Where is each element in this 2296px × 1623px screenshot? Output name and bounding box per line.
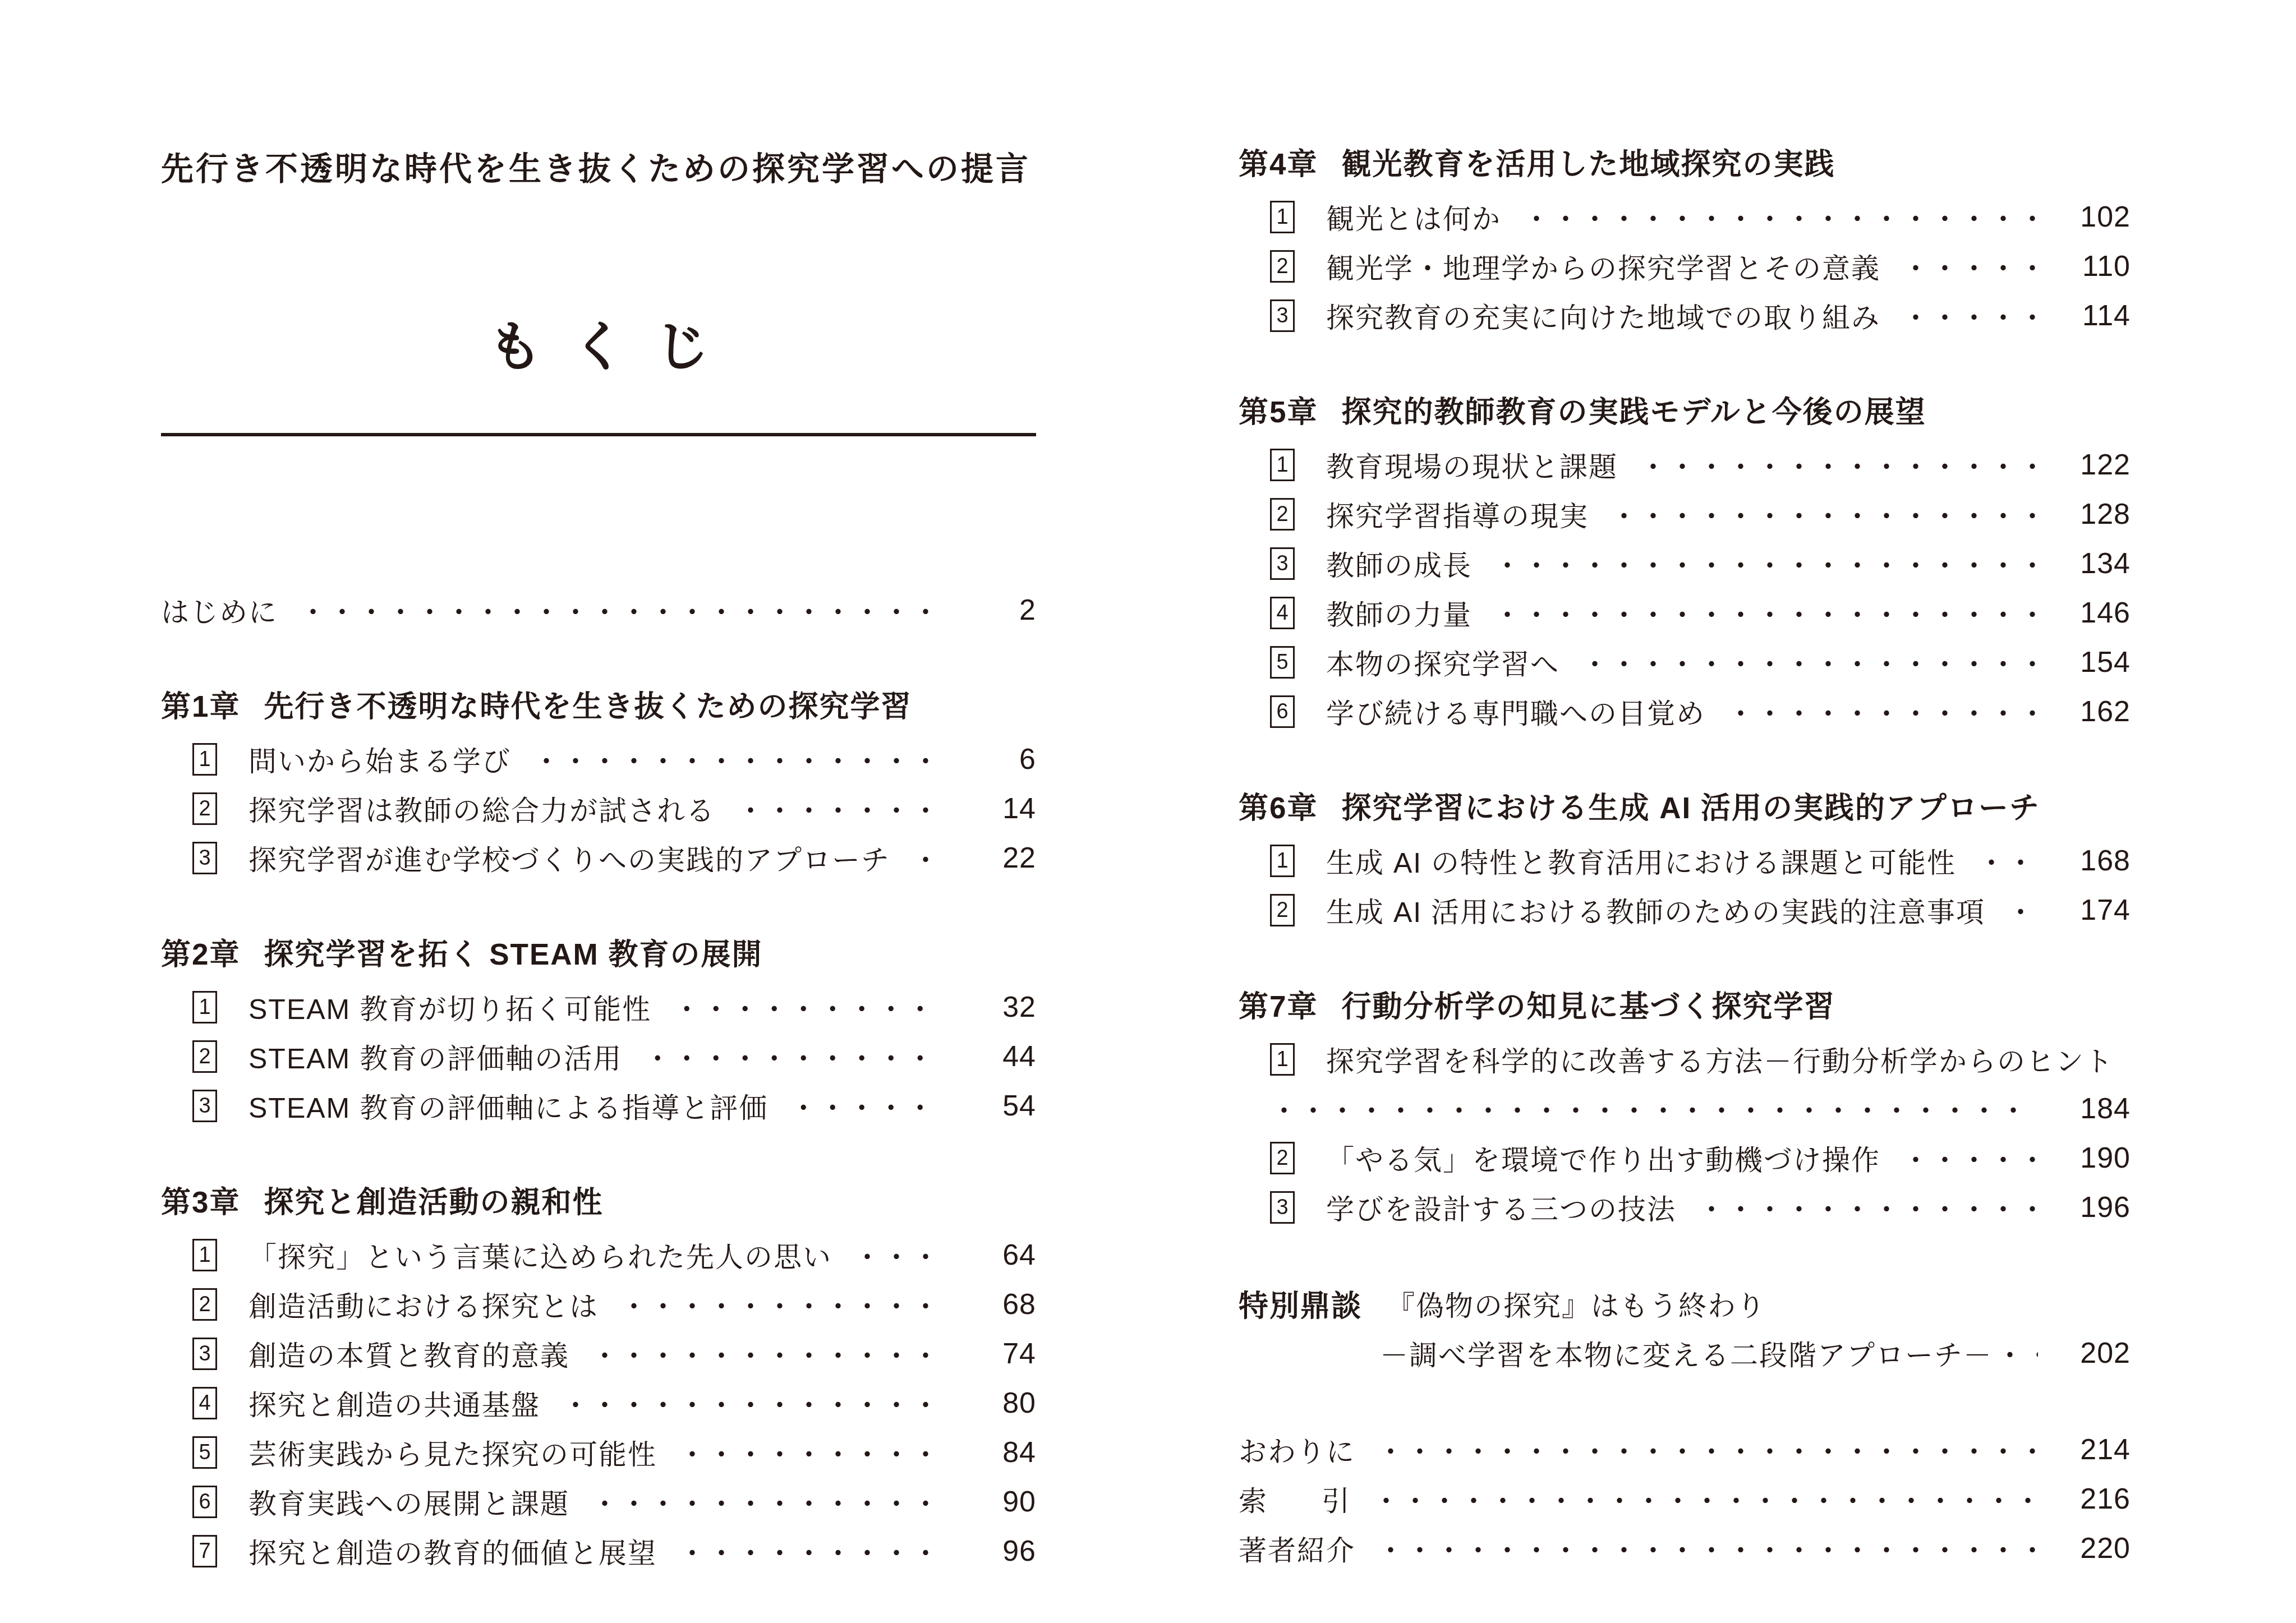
item-number-box: 4: [192, 1387, 217, 1419]
item-title: 教育実践への展開と課題: [249, 1482, 569, 1522]
toc-item: 1 STEAM 教育が切り拓く可能性 ・・・・・・・・・・・・・・・・・・・・・…: [161, 983, 1036, 1032]
dot-leader: ・・・・・・・・・・・・・・・・・・・・・・・・・・・・・・・・・・・・・・・・: [299, 590, 944, 630]
dot-leader: ・・・・・・・・・・・・・・・・・・・・・・・・・・・・・・・・・・・・・・・・: [562, 1383, 944, 1423]
item-title: 探究学習は教師の総合力が試される: [249, 789, 715, 829]
item-title: 教師の成長: [1326, 543, 1472, 584]
toc-item: 7 探究と創造の教育的価値と展望 ・・・・・・・・・・・・・・・・・・・・・・・…: [161, 1527, 1036, 1576]
item-title: 創造活動における探究とは: [249, 1284, 599, 1325]
item-number-box: 1: [192, 1239, 217, 1271]
item-title: 学び続ける専門職への目覚め: [1326, 691, 1705, 732]
page-number: 54: [960, 1089, 1036, 1123]
dot-leader: ・・・・・・・・・・・・・・・・・・・・・・・・・・・・・・・・・・・・・・・・: [673, 987, 944, 1027]
page-number: 190: [2055, 1141, 2131, 1175]
chapter-5-heading: 第5章 探究的教師教育の実践モデルと今後の展望: [1239, 385, 2131, 435]
item-number-box: 2: [1270, 1142, 1295, 1174]
chapter-number: 第3章: [161, 1179, 240, 1221]
page-number: 128: [2055, 497, 2131, 531]
chapter-number: 第1章: [161, 683, 240, 726]
toc-item: 2 探究学習指導の現実 ・・・・・・・・・・・・・・・・・・・・・・・・・・・・…: [1239, 490, 2131, 539]
divider-rule: [161, 433, 1036, 436]
toc-page: 先行き不透明な時代を生き抜くための探究学習への提言 もくじ はじめに ・・・・・…: [0, 0, 2296, 1623]
item-title: 探究と創造の教育的価値と展望: [249, 1531, 657, 1571]
dot-leader: ・・・・・・・・・・・・・・・・・・・・・・・・・・・・・・・・・・・・・・・・: [912, 838, 944, 878]
chapter-number: 第5章: [1239, 389, 1318, 431]
toc-item: 2 生成 AI 活用における教師のための実践的注意事項 ・・・・・・・・・・・・…: [1239, 886, 2131, 935]
item-number-box: 5: [192, 1436, 217, 1469]
item-number-box: 2: [192, 1040, 217, 1073]
toc-item: 3 探究学習が進む学校づくりへの実践的アプローチ ・・・・・・・・・・・・・・・…: [161, 833, 1036, 883]
item-title: 学びを設計する三つの技法: [1326, 1187, 1676, 1228]
chapter-title: 探究と創造活動の親和性: [264, 1179, 603, 1221]
toc-item: 6 学び続ける専門職への目覚め ・・・・・・・・・・・・・・・・・・・・・・・・…: [1239, 687, 2131, 736]
page-number: 122: [2055, 448, 2131, 482]
dot-leader: ・・・・・・・・・・・・・・・・・・・・・・・・・・・・・・・・・・・・・・・・: [1902, 246, 2038, 287]
dot-leader: ・・・・・・・・・・・・・・・・・・・・・・・・・・・・・・・・・・・・・・・・: [591, 1334, 944, 1374]
item-title: 教育現場の現状と課題: [1326, 445, 1618, 485]
dot-leader: ・・・・・・・・・・・・・・・・・・・・・・・・・・・・・・・・・・・・・・・・: [532, 739, 944, 780]
toc-item: 5 本物の探究学習へ ・・・・・・・・・・・・・・・・・・・・・・・・・・・・・…: [1239, 638, 2131, 687]
dot-leader: ・・・・・・・・・・・・・・・・・・・・・・・・・・・・・・・・・・・・・・・・: [620, 1284, 944, 1325]
dot-leader: ・・・・・・・・・・・・・・・・・・・・・・・・・・・・・・・・・・・・・・・・: [678, 1531, 944, 1571]
page-number: 68: [960, 1288, 1036, 1321]
item-number-box: 3: [192, 1338, 217, 1370]
toc-item: 3 創造の本質と教育的意義 ・・・・・・・・・・・・・・・・・・・・・・・・・・…: [161, 1329, 1036, 1378]
left-column: 先行き不透明な時代を生き抜くための探究学習への提言 もくじ はじめに ・・・・・…: [161, 140, 1036, 1576]
page-number: 196: [2055, 1191, 2131, 1224]
item-number-box: 7: [192, 1535, 217, 1567]
dot-leader: ・・・・・・・・・・・・・・・・・・・・・・・・・・・・・・・・・・・・・・・・: [737, 789, 944, 829]
item-number-box: 1: [1270, 201, 1295, 233]
special-feature-title: 『偽物の探究』はもう終わり: [1387, 1284, 1766, 1324]
dot-leader: ・・・・・・・・・・・・・・・・・・・・・・・・・・・・・・・・・・・・・・・・: [2007, 890, 2038, 930]
page-number: 114: [2055, 299, 2131, 333]
page-number: 168: [2055, 844, 2131, 878]
toc-item: 3 学びを設計する三つの技法 ・・・・・・・・・・・・・・・・・・・・・・・・・…: [1239, 1183, 2131, 1232]
page-number: 184: [2055, 1092, 2131, 1126]
dot-leader: ・・・・・・・・・・・・・・・・・・・・・・・・・・・・・・・・・・・・・・・・: [1270, 1089, 2038, 1129]
page-number: 74: [960, 1337, 1036, 1371]
front-matter-label: はじめに: [161, 590, 278, 630]
page-number: 22: [960, 841, 1036, 875]
item-number-box: 2: [1270, 250, 1295, 283]
page-number: 134: [2055, 547, 2131, 580]
dot-leader: ・・・・・・・・・・・・・・・・・・・・・・・・・・・・・・・・・・・・・・・・: [643, 1036, 944, 1077]
item-number-box: 4: [1270, 597, 1295, 629]
item-title: STEAM 教育の評価軸による指導と評価: [249, 1086, 768, 1126]
page-number: 214: [2055, 1433, 2131, 1467]
dot-leader: ・・・・・・・・・・・・・・・・・・・・・・・・・・・・・・・・・・・・・・・・: [1522, 197, 2038, 237]
back-matter-row: おわりに ・・・・・・・・・・・・・・・・・・・・・・・・・・・・・・・・・・・…: [1239, 1425, 2131, 1474]
page-number: 90: [960, 1485, 1036, 1519]
special-feature-subtitle: －調べ学習を本物に変える二段階アプローチ－: [1380, 1333, 1993, 1373]
dot-leader: ・・・・・・・・・・・・・・・・・・・・・・・・・・・・・・・・・・・・・・・・: [1902, 296, 2038, 336]
toc-item: 2 創造活動における探究とは ・・・・・・・・・・・・・・・・・・・・・・・・・…: [161, 1280, 1036, 1329]
back-matter-label: おわりに: [1239, 1430, 1355, 1470]
chapter-1-heading: 第1章 先行き不透明な時代を生き抜くための探究学習: [161, 680, 1036, 729]
page-number: 174: [2055, 893, 2131, 927]
dot-leader: ・・・・・・・・・・・・・・・・・・・・・・・・・・・・・・・・・・・・・・・・: [1372, 1479, 2038, 1519]
item-title: 生成 AI の特性と教育活用における課題と可能性: [1326, 841, 1956, 881]
right-column: 第4章 観光教育を活用した地域探究の実践 1 観光とは何か ・・・・・・・・・・…: [1239, 137, 2131, 1573]
chapter-title: 先行き不透明な時代を生き抜くための探究学習: [264, 683, 912, 726]
item-title: 探究学習指導の現実: [1326, 494, 1589, 534]
dot-leader: ・・・・・・・・・・・・・・・・・・・・・・・・・・・・・・・・・・・・・・・・: [1977, 841, 2038, 881]
dot-leader: ・・・・・・・・・・・・・・・・・・・・・・・・・・・・・・・・・・・・・・・・: [591, 1482, 944, 1522]
item-title: 探究学習を科学的に改善する方法－行動分析学からのヒント: [1326, 1039, 2114, 1080]
item-number-box: 3: [192, 1090, 217, 1122]
special-feature-subtitle-row: －調べ学習を本物に変える二段階アプローチ－ ・・・・・・・・・・・・・・・・・・…: [1239, 1329, 2131, 1378]
toc-item: 5 芸術実践から見た探究の可能性 ・・・・・・・・・・・・・・・・・・・・・・・…: [161, 1428, 1036, 1477]
page-number: 216: [2055, 1482, 2131, 1516]
item-number-box: 6: [1270, 695, 1295, 728]
item-number-box: 2: [192, 792, 217, 825]
item-number-box: 3: [1270, 1191, 1295, 1224]
page-number: 146: [2055, 596, 2131, 630]
front-matter-row: はじめに ・・・・・・・・・・・・・・・・・・・・・・・・・・・・・・・・・・・…: [161, 585, 1036, 635]
dot-leader: ・・・・・・・・・・・・・・・・・・・・・・・・・・・・・・・・・・・・・・・・: [1377, 1430, 2038, 1470]
chapter-number: 第7章: [1239, 983, 1318, 1026]
page-number: 32: [960, 990, 1036, 1024]
chapter-3-heading: 第3章 探究と創造活動の親和性: [161, 1175, 1036, 1225]
toc-item: 4 教師の力量 ・・・・・・・・・・・・・・・・・・・・・・・・・・・・・・・・…: [1239, 588, 2131, 638]
chapter-title: 探究学習を拓く STEAM 教育の展開: [264, 931, 762, 974]
item-number-box: 1: [1270, 449, 1295, 481]
dot-leader: ・・・・・・・・・・・・・・・・・・・・・・・・・・・・・・・・・・・・・・・・: [678, 1432, 944, 1473]
item-title: 教師の力量: [1326, 593, 1472, 633]
toc-item: 1 観光とは何か ・・・・・・・・・・・・・・・・・・・・・・・・・・・・・・・…: [1239, 192, 2131, 242]
back-matter-row: 索 引 ・・・・・・・・・・・・・・・・・・・・・・・・・・・・・・・・・・・・…: [1239, 1474, 2131, 1524]
dot-leader: ・・・・・・・・・・・・・・・・・・・・・・・・・・・・・・・・・・・・・・・・: [1377, 1528, 2038, 1569]
page-number: 202: [2055, 1336, 2131, 1370]
chapter-2-heading: 第2章 探究学習を拓く STEAM 教育の展開: [161, 928, 1036, 977]
page-number: 84: [960, 1436, 1036, 1469]
chapter-title: 探究的教師教育の実践モデルと今後の展望: [1341, 389, 1926, 431]
item-number-box: 1: [1270, 1043, 1295, 1076]
item-number-box: 6: [192, 1486, 217, 1518]
toc-item: 2 STEAM 教育の評価軸の活用 ・・・・・・・・・・・・・・・・・・・・・・…: [161, 1032, 1036, 1081]
toc-item: 3 教師の成長 ・・・・・・・・・・・・・・・・・・・・・・・・・・・・・・・・…: [1239, 539, 2131, 588]
chapter-4-heading: 第4章 観光教育を活用した地域探究の実践: [1239, 137, 2131, 187]
toc-item: 1 生成 AI の特性と教育活用における課題と可能性 ・・・・・・・・・・・・・…: [1239, 836, 2131, 886]
dot-leader: ・・・・・・・・・・・・・・・・・・・・・・・・・・・・・・・・・・・・・・・・: [1902, 1138, 2038, 1178]
item-number-box: 1: [1270, 845, 1295, 877]
toc-item-continuation: ・・・・・・・・・・・・・・・・・・・・・・・・・・・・・・・・・・・・・・・・…: [1239, 1084, 2131, 1133]
dot-leader: ・・・・・・・・・・・・・・・・・・・・・・・・・・・・・・・・・・・・・・・・: [1610, 494, 2038, 534]
item-title: 「やる気」を環境で作り出す動機づけ操作: [1326, 1138, 1880, 1178]
toc-item: 1 問いから始まる学び ・・・・・・・・・・・・・・・・・・・・・・・・・・・・…: [161, 735, 1036, 784]
toc-item: 2 探究学習は教師の総合力が試される ・・・・・・・・・・・・・・・・・・・・・…: [161, 784, 1036, 833]
item-title: STEAM 教育が切り拓く可能性: [249, 987, 651, 1027]
dot-leader: ・・・・・・・・・・・・・・・・・・・・・・・・・・・・・・・・・・・・・・・・: [1727, 691, 2038, 732]
back-matter-row: 著者紹介 ・・・・・・・・・・・・・・・・・・・・・・・・・・・・・・・・・・・…: [1239, 1524, 2131, 1573]
page-number: 102: [2055, 200, 2131, 234]
chapter-title: 行動分析学の知見に基づく探究学習: [1341, 983, 1835, 1026]
chapter-6-heading: 第6章 探究学習における生成 AI 活用の実践的アプローチ: [1239, 781, 2131, 831]
page-number: 80: [960, 1386, 1036, 1420]
item-title: 問いから始まる学び: [249, 739, 511, 780]
item-number-box: 2: [192, 1288, 217, 1321]
page-number: 220: [2055, 1532, 2131, 1565]
back-matter-label: 著者紹介: [1239, 1528, 1355, 1569]
item-number-box: 1: [192, 991, 217, 1023]
chapter-title: 探究学習における生成 AI 活用の実践的アプローチ: [1341, 785, 2040, 827]
back-matter-label: 索 引: [1239, 1479, 1351, 1519]
page-number: 6: [960, 743, 1036, 776]
item-title: 生成 AI 活用における教師のための実践的注意事項: [1326, 890, 1985, 930]
toc-heading-text: もくじ: [488, 304, 738, 381]
item-number-box: 3: [192, 842, 217, 874]
item-title: 観光とは何か: [1326, 197, 1501, 237]
page-number: 154: [2055, 645, 2131, 679]
page-number: 162: [2055, 695, 2131, 728]
page-number: 2: [960, 593, 1036, 627]
toc-heading: もくじ: [161, 311, 1036, 374]
chapter-number: 第6章: [1239, 785, 1318, 827]
toc-item: 1 「探究」という言葉に込められた先人の思い ・・・・・・・・・・・・・・・・・…: [161, 1230, 1036, 1280]
toc-item: 3 STEAM 教育の評価軸による指導と評価 ・・・・・・・・・・・・・・・・・…: [161, 1081, 1036, 1131]
page-number: 110: [2055, 250, 2131, 283]
chapter-title: 観光教育を活用した地域探究の実践: [1341, 141, 1835, 183]
item-title: 探究と創造の共通基盤: [249, 1383, 540, 1423]
chapter-7-heading: 第7章 行動分析学の知見に基づく探究学習: [1239, 980, 2131, 1029]
page-number: 64: [960, 1238, 1036, 1272]
dot-leader: ・・・・・・・・・・・・・・・・・・・・・・・・・・・・・・・・・・・・・・・・: [1639, 445, 2038, 485]
page-number: 14: [960, 792, 1036, 826]
item-number-box: 1: [192, 743, 217, 776]
toc-item: 6 教育実践への展開と課題 ・・・・・・・・・・・・・・・・・・・・・・・・・・…: [161, 1477, 1036, 1527]
item-title: 「探究」という言葉に込められた先人の思い: [249, 1235, 832, 1275]
page-number: 96: [960, 1534, 1036, 1568]
toc-item: 3 探究教育の充実に向けた地域での取り組み ・・・・・・・・・・・・・・・・・・…: [1239, 291, 2131, 340]
special-feature-label: 特別鼎談: [1239, 1283, 1362, 1325]
item-number-box: 3: [1270, 299, 1295, 332]
item-title: 探究学習が進む学校づくりへの実践的アプローチ: [249, 838, 890, 878]
item-title: STEAM 教育の評価軸の活用: [249, 1036, 622, 1077]
item-title: 観光学・地理学からの探究学習とその意義: [1326, 246, 1880, 287]
dot-leader: ・・・・・・・・・・・・・・・・・・・・・・・・・・・・・・・・・・・・・・・・: [1996, 1333, 2038, 1373]
item-number-box: 2: [1270, 498, 1295, 531]
toc-item: 1 教育現場の現状と課題 ・・・・・・・・・・・・・・・・・・・・・・・・・・・…: [1239, 440, 2131, 490]
toc-item: 4 探究と創造の共通基盤 ・・・・・・・・・・・・・・・・・・・・・・・・・・・…: [161, 1378, 1036, 1428]
dot-leader: ・・・・・・・・・・・・・・・・・・・・・・・・・・・・・・・・・・・・・・・・: [1697, 1187, 2038, 1228]
page-number: 44: [960, 1040, 1036, 1073]
item-number-box: 2: [1270, 894, 1295, 926]
item-number-box: 5: [1270, 646, 1295, 679]
item-title: 本物の探究学習へ: [1326, 642, 1559, 683]
toc-item: 2 観光学・地理学からの探究学習とその意義 ・・・・・・・・・・・・・・・・・・…: [1239, 242, 2131, 291]
chapter-number: 第2章: [161, 931, 240, 974]
item-number-box: 3: [1270, 547, 1295, 580]
dot-leader: ・・・・・・・・・・・・・・・・・・・・・・・・・・・・・・・・・・・・・・・・: [1581, 642, 2038, 683]
chapter-number: 第4章: [1239, 141, 1318, 183]
item-title: 探究教育の充実に向けた地域での取り組み: [1326, 296, 1880, 336]
book-title: 先行き不透明な時代を生き抜くための探究学習への提言: [161, 140, 1036, 192]
dot-leader: ・・・・・・・・・・・・・・・・・・・・・・・・・・・・・・・・・・・・・・・・: [853, 1235, 944, 1275]
dot-leader: ・・・・・・・・・・・・・・・・・・・・・・・・・・・・・・・・・・・・・・・・: [789, 1086, 944, 1126]
toc-item: 1 探究学習を科学的に改善する方法－行動分析学からのヒント: [1239, 1035, 2131, 1084]
special-feature-heading: 特別鼎談 『偽物の探究』はもう終わり: [1239, 1279, 2131, 1329]
dot-leader: ・・・・・・・・・・・・・・・・・・・・・・・・・・・・・・・・・・・・・・・・: [1493, 593, 2038, 633]
item-title: 創造の本質と教育的意義: [249, 1334, 569, 1374]
toc-item: 2 「やる気」を環境で作り出す動機づけ操作 ・・・・・・・・・・・・・・・・・・…: [1239, 1133, 2131, 1183]
item-title: 芸術実践から見た探究の可能性: [249, 1432, 657, 1473]
dot-leader: ・・・・・・・・・・・・・・・・・・・・・・・・・・・・・・・・・・・・・・・・: [1493, 543, 2038, 584]
